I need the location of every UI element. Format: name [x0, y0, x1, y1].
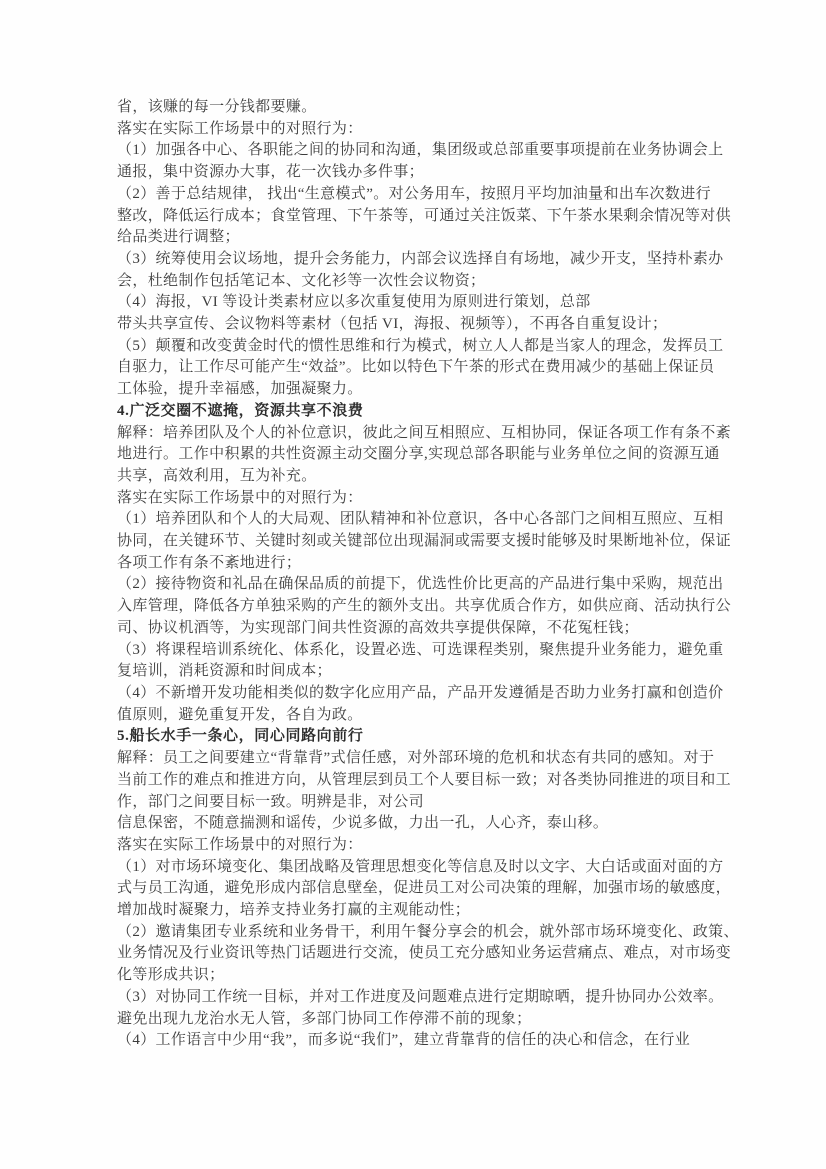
- text-line: 带头共享宣传、会议物料等素材（包括 VI，海报、视频等），不再各自重复设计；: [117, 314, 735, 336]
- text-line: （4）工作语言中少用“我”，而多说“我们”，建立背靠背的信任的决心和信念，在行业: [117, 1030, 735, 1052]
- text-line: 化等形成共识；: [117, 965, 735, 987]
- text-line: （4）海报，VI 等设计类素材应以多次重复使用为原则进行策划，总部: [117, 292, 735, 314]
- text-line: 信息保密，不随意揣测和谣传，少说多做，力出一孔，人心齐，泰山移。: [117, 813, 735, 835]
- text-line: 整改，降低运行成本；食堂管理、下午茶等，可通过关注饭菜、下午茶水果剩余情况等对供: [117, 206, 735, 228]
- text-line: 解释：员工之间要建立“背靠背”式信任感，对外部环境的危机和状态有共同的感知。对于: [117, 748, 735, 770]
- text-line: 给品类进行调整；: [117, 227, 735, 249]
- text-line: 省，该赚的每一分钱都要赚。: [117, 97, 735, 119]
- text-line: 地进行。工作中积累的共性资源主动交圈分享,实现总部各职能与业务单位之间的资源互通: [117, 444, 735, 466]
- section-heading: 5.船长水手一条心，同心同路向前行: [117, 726, 735, 748]
- text-line: （1）加强各中心、各职能之间的协同和沟通，集团级或总部重要事项提前在业务协调会上: [117, 140, 735, 162]
- text-line: （5）颠覆和改变黄金时代的惯性思维和行为模式，树立人人都是当家人的理念，发挥员工: [117, 336, 735, 358]
- text-line: 值原则，避免重复开发，各自为政。: [117, 705, 735, 727]
- text-line: 解释：培养团队及个人的补位意识，彼此之间互相照应、互相协同，保证各项工作有条不紊: [117, 423, 735, 445]
- text-line: （2）善于总结规律， 找出“生意模式”。对公务用车，按照月平均加油量和出车次数进…: [117, 184, 735, 206]
- section-heading: 4.广泛交圈不遮掩，资源共享不浪费: [117, 401, 735, 423]
- text-line: （4）不新增开发功能相类似的数字化应用产品，产品开发遵循是否助力业务打赢和创造价: [117, 683, 735, 705]
- text-line: （3）对协同工作统一目标，并对工作进度及问题难点进行定期晾晒，提升协同办公效率。: [117, 987, 735, 1009]
- text-line: 会，杜绝制作包括笔记本、文化衫等一次性会议物资；: [117, 271, 735, 293]
- text-line: （3）统筹使用会议场地，提升会务能力，内部会议选择自有场地，减少开支，坚持朴素办: [117, 249, 735, 271]
- text-line: 工体验，提升幸福感，加强凝聚力。: [117, 379, 735, 401]
- text-line: 增加战时凝聚力，培养支持业务打赢的主观能动性；: [117, 900, 735, 922]
- document-text: 省，该赚的每一分钱都要赚。落实在实际工作场景中的对照行为：（1）加强各中心、各职…: [117, 97, 735, 1052]
- text-line: 共享，高效利用，互为补充。: [117, 466, 735, 488]
- text-line: （1）对市场环境变化、集团战略及管理思想变化等信息及时以文字、大白话或面对面的方: [117, 857, 735, 879]
- text-line: 业务情况及行业资讯等热门话题进行交流，使员工充分感知业务运营痛点、难点，对市场变: [117, 943, 735, 965]
- text-line: 当前工作的难点和推进方向，从管理层到员工个人要目标一致；对各类协同推进的项目和工: [117, 770, 735, 792]
- text-line: 落实在实际工作场景中的对照行为：: [117, 119, 735, 141]
- text-line: 入库管理，降低各方单独采购的产生的额外支出。共享优质合作方，如供应商、活动执行公: [117, 596, 735, 618]
- text-line: 避免出现九龙治水无人管，多部门协同工作停滞不前的现象；: [117, 1009, 735, 1031]
- text-line: （2）接待物资和礼品在确保品质的前提下，优选性价比更高的产品进行集中采购，规范出: [117, 574, 735, 596]
- text-line: 落实在实际工作场景中的对照行为：: [117, 488, 735, 510]
- text-line: 复培训，消耗资源和时间成本；: [117, 661, 735, 683]
- text-line: 通报，集中资源办大事，花一次钱办多件事；: [117, 162, 735, 184]
- document-page: 省，该赚的每一分钱都要赚。落实在实际工作场景中的对照行为：（1）加强各中心、各职…: [0, 0, 826, 1169]
- text-line: 司、协议机酒等，为实现部门间共性资源的高效共享提供保障，不花冤枉钱；: [117, 618, 735, 640]
- text-line: 落实在实际工作场景中的对照行为：: [117, 835, 735, 857]
- text-line: 自驱力，让工作尽可能产生“效益”。比如以特色下午茶的形式在费用减少的基础上保证员: [117, 357, 735, 379]
- text-line: （1）培养团队和个人的大局观、团队精神和补位意识，各中心各部门之间相互照应、互相: [117, 509, 735, 531]
- text-line: （2）邀请集团专业系统和业务骨干，利用午餐分享会的机会，就外部市场环境变化、政策…: [117, 922, 735, 944]
- text-line: 作，部门之间要目标一致。明辨是非，对公司: [117, 792, 735, 814]
- text-line: 式与员工沟通，避免形成内部信息壁垒，促进员工对公司决策的理解，加强市场的敏感度，: [117, 878, 735, 900]
- text-line: 各项工作有条不紊地进行；: [117, 553, 735, 575]
- text-line: 协同，在关键环节、关键时刻或关键部位出现漏洞或需要支援时能够及时果断地补位，保证: [117, 531, 735, 553]
- text-line: （3）将课程培训系统化、体系化，设置必选、可选课程类别，聚焦提升业务能力，避免重: [117, 640, 735, 662]
